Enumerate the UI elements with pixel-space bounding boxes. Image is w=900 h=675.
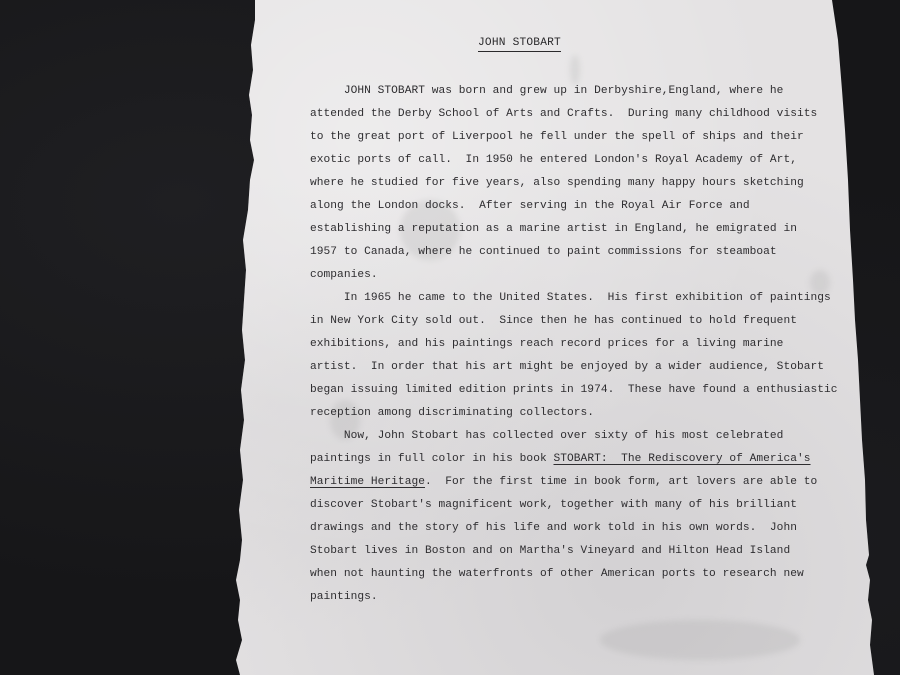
text-line: where he studied for five years, also sp… [310,172,800,195]
text-line: to the great port of Liverpool he fell u… [310,126,800,149]
text-line: drawings and the story of his life and w… [310,517,800,540]
text-line: 1957 to Canada, where he continued to pa… [310,241,800,264]
text-line: when not haunting the waterfronts of oth… [310,563,800,586]
text-line: companies. [310,264,800,287]
book-title-underlined: STOBART: The Rediscovery of America's [554,453,811,465]
text-line: exotic ports of call. In 1950 he entered… [310,149,800,172]
text-segment: paintings in full color in his book [310,453,554,465]
text-line: reception among discriminating collector… [310,402,800,425]
document-title: JOHN STOBART [478,36,561,52]
text-line: began issuing limited edition prints in … [310,379,800,402]
paragraph-1: JOHN STOBART was born and grew up in Der… [310,80,800,287]
text-line: Now, John Stobart has collected over six… [310,425,800,448]
text-line: paintings. [310,586,800,609]
text-line: JOHN STOBART was born and grew up in Der… [310,80,800,103]
text-line: in New York City sold out. Since then he… [310,310,800,333]
paragraph-3: Now, John Stobart has collected over six… [310,425,800,609]
document-body: JOHN STOBART was born and grew up in Der… [310,80,800,609]
text-line: paintings in full color in his book STOB… [310,448,800,471]
text-line: In 1965 he came to the United States. Hi… [310,287,800,310]
text-line: establishing a reputation as a marine ar… [310,218,800,241]
text-line: exhibitions, and his paintings reach rec… [310,333,800,356]
text-segment: . For the first time in book form, art l… [425,476,817,488]
text-line: discover Stobart's magnificent work, tog… [310,494,800,517]
paper-smudge [600,620,800,660]
text-line: Stobart lives in Boston and on Martha's … [310,540,800,563]
text-line: attended the Derby School of Arts and Cr… [310,103,800,126]
book-title-underlined: Maritime Heritage [310,476,425,488]
paragraph-2: In 1965 he came to the United States. Hi… [310,287,800,425]
text-line: artist. In order that his art might be e… [310,356,800,379]
text-line: Maritime Heritage. For the first time in… [310,471,800,494]
text-line: along the London docks. After serving in… [310,195,800,218]
